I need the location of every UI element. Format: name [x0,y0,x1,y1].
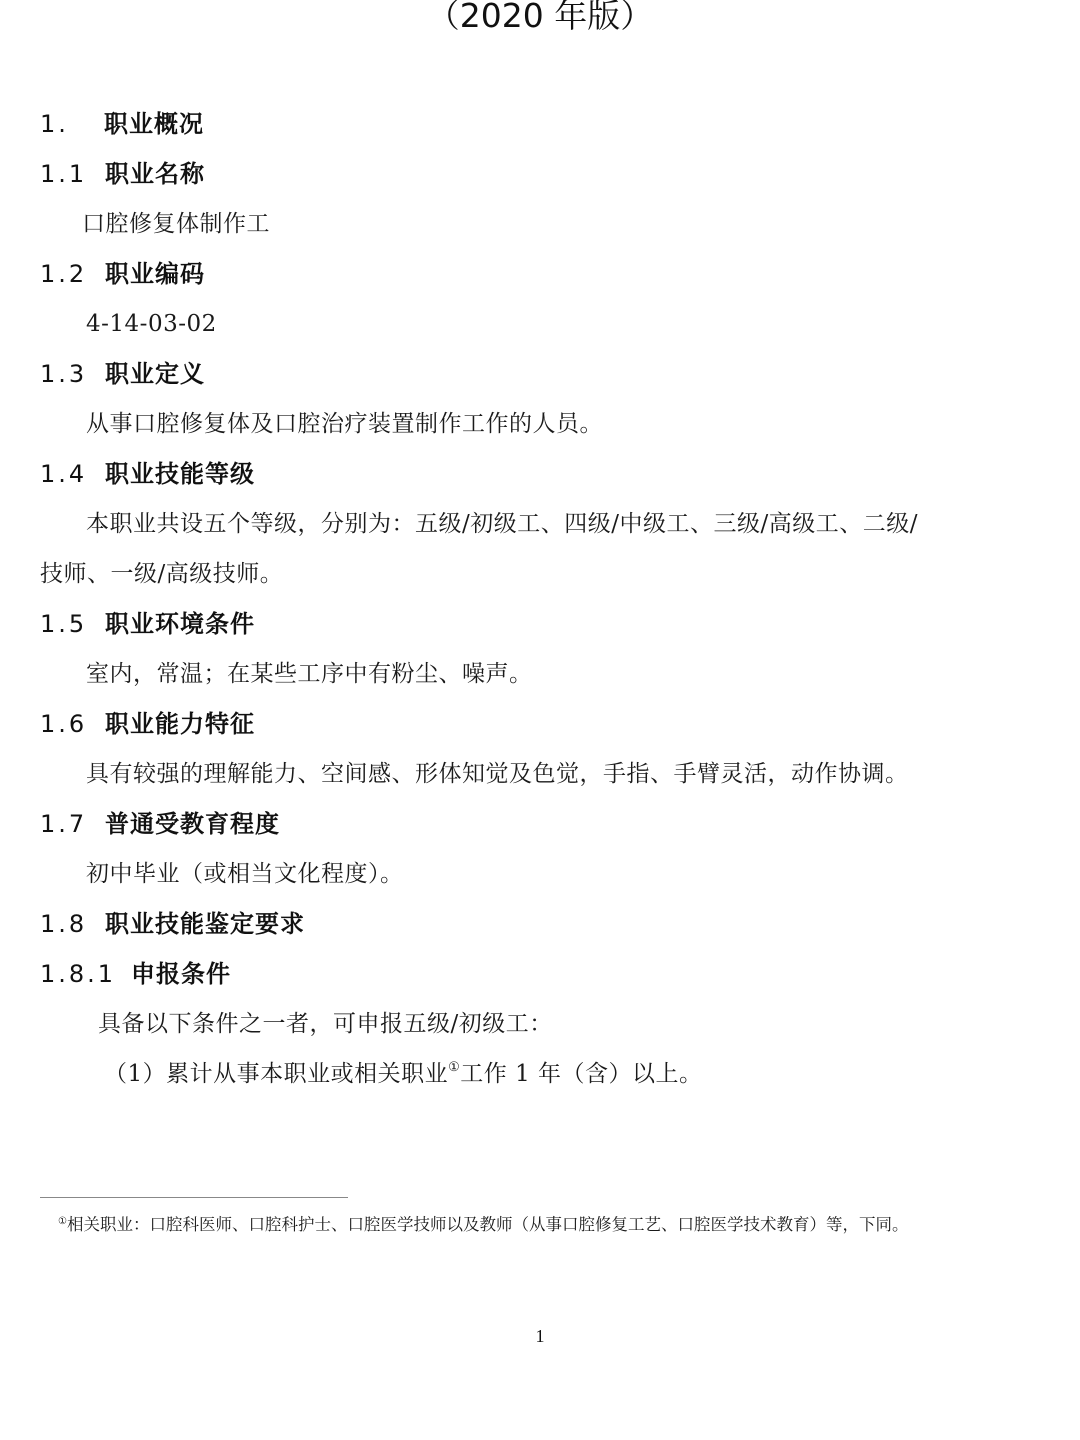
section-title: 职业名称 [105,160,205,188]
section-heading-1-3: 1.3职业定义 [40,358,205,390]
section-number: 1.4 [40,458,105,490]
section-number: 1.8.1 [40,958,131,990]
footnote: ①相关职业：口腔科医师、口腔科护士、口腔医学技师以及教师（从事口腔修复工艺、口腔… [40,1212,1020,1238]
application-condition-item: （1）累计从事本职业或相关职业①工作 1 年（含）以上。 [104,1058,703,1090]
section-title: 职业能力特征 [105,710,255,738]
application-intro: 具备以下条件之一者，可申报五级/初级工： [98,1008,553,1040]
section-title: 职业编码 [105,260,205,288]
section-number: 1.3 [40,358,105,390]
footnote-reference-mark[interactable]: ① [448,1060,460,1075]
section-number: 1.6 [40,708,105,740]
section-title: 职业定义 [105,360,205,388]
condition-text-after: 工作 1 年（含）以上。 [460,1061,702,1087]
document-page: （2020 年版） 1.职业概况 1.1职业名称 口腔修复体制作工 1.2职业编… [0,0,1080,1440]
footnote-separator [40,1197,348,1198]
section-title: 职业技能等级 [105,460,255,488]
page-number: 1 [0,1326,1080,1347]
section-title: 申报条件 [131,960,231,988]
ability-characteristics: 具有较强的理解能力、空间感、形体知觉及色觉，手指、手臂灵活，动作协调。 [86,758,909,790]
occupation-definition: 从事口腔修复体及口腔治疗装置制作工作的人员。 [86,408,603,440]
section-heading-1-6: 1.6职业能力特征 [40,708,255,740]
section-heading-1-7: 1.7普通受教育程度 [40,808,280,840]
section-heading-1-8-1: 1.8.1申报条件 [40,958,231,990]
education-level: 初中毕业（或相当文化程度）。 [86,858,404,890]
section-heading-1-8: 1.8职业技能鉴定要求 [40,908,305,940]
skill-levels-line2: 技师、一级/高级技师。 [40,558,283,590]
section-title: 普通受教育程度 [105,810,280,838]
footnote-mark: ① [58,1216,67,1227]
section-heading-1-5: 1.5职业环境条件 [40,608,255,640]
occupation-name: 口腔修复体制作工 [82,208,270,240]
section-number: 1. [40,108,104,140]
occupation-code: 4-14-03-02 [86,308,217,340]
section-number: 1.8 [40,908,105,940]
section-title: 职业概况 [104,110,204,138]
skill-levels-line1: 本职业共设五个等级，分别为：五级/初级工、四级/中级工、三级/高级工、二级/ [86,508,918,540]
footnote-text: 相关职业：口腔科医师、口腔科护士、口腔医学技师以及教师（从事口腔修复工艺、口腔医… [67,1215,909,1234]
section-heading-1-1: 1.1职业名称 [40,158,205,190]
section-number: 1.1 [40,158,105,190]
document-title: （2020 年版） [0,0,1080,38]
work-environment: 室内，常温；在某些工序中有粉尘、噪声。 [86,658,533,690]
condition-text-before: （1）累计从事本职业或相关职业 [104,1061,448,1087]
section-number: 1.2 [40,258,105,290]
section-heading-1-4: 1.4职业技能等级 [40,458,255,490]
section-number: 1.7 [40,808,105,840]
section-heading-1: 1.职业概况 [40,108,204,140]
section-title: 职业环境条件 [105,610,255,638]
section-title: 职业技能鉴定要求 [105,910,305,938]
section-number: 1.5 [40,608,105,640]
section-heading-1-2: 1.2职业编码 [40,258,205,290]
